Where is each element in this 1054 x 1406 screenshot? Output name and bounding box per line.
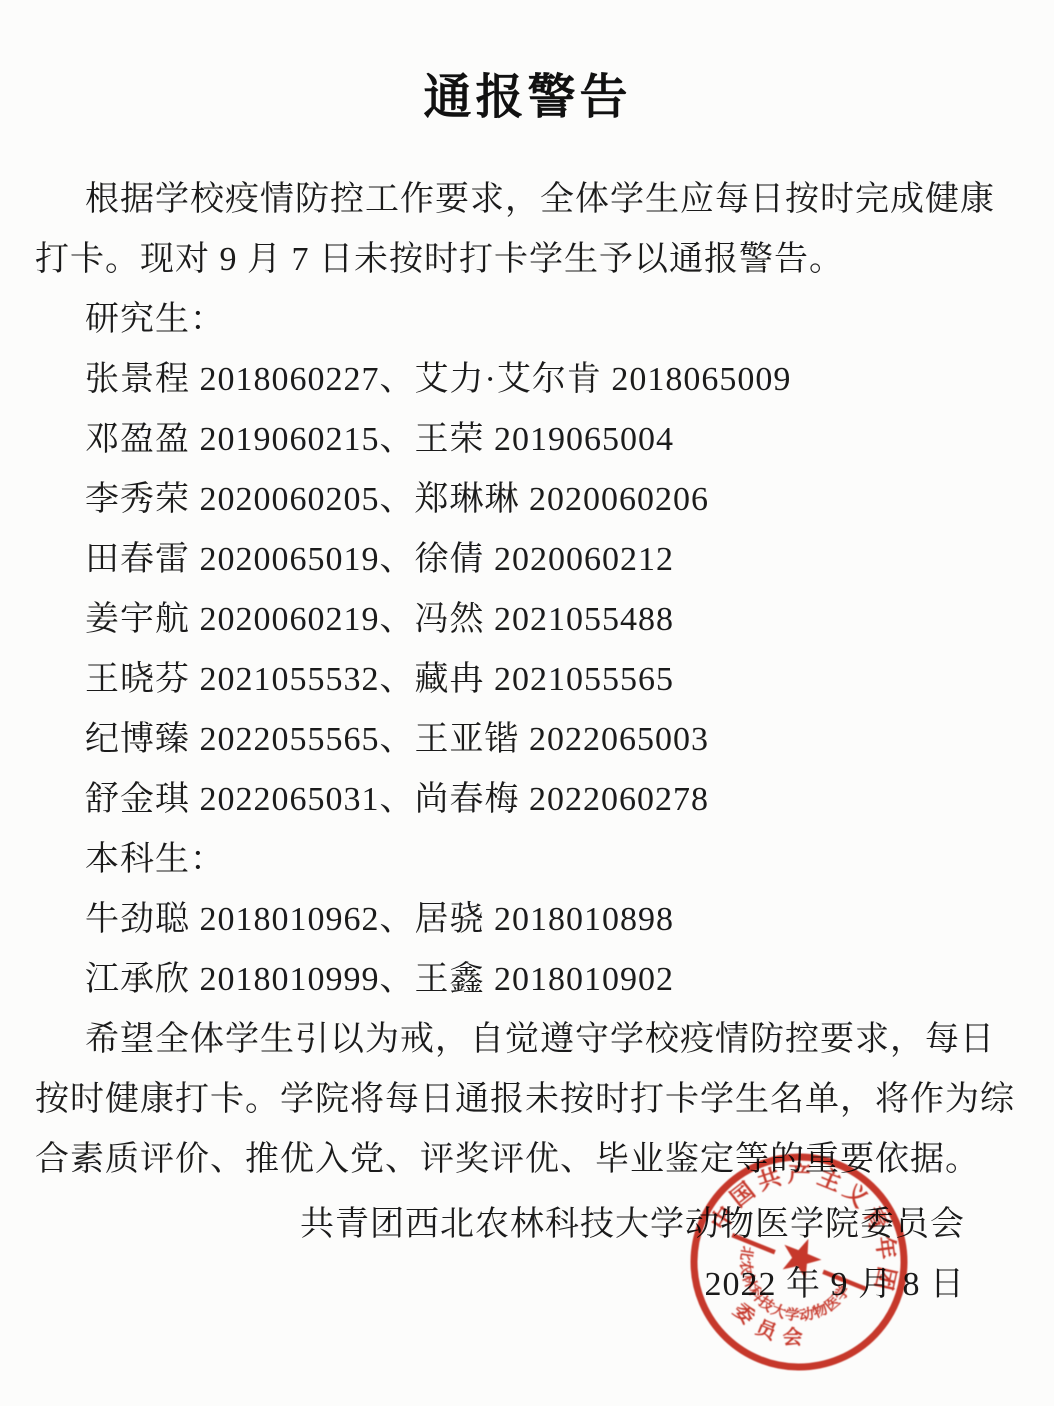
intro-line-1: 根据学校疫情防控工作要求，全体学生应每日按时完成健康: [35, 170, 1020, 230]
graduate-line: 邓盈盈 2019060215、王荣 2019065004: [35, 410, 1020, 470]
graduate-line: 姜宇航 2020060219、冯然 2021055488: [35, 590, 1020, 650]
undergraduate-label: 本科生：: [35, 830, 1020, 890]
notice-title: 通报警告: [35, 62, 1020, 134]
intro-line-2: 打卡。现对 9 月 7 日未按时打卡学生予以通报警告。: [35, 230, 1020, 290]
closing-line-2: 按时健康打卡。学院将每日通报未按时打卡学生名单，将作为综: [35, 1070, 1020, 1130]
official-stamp: 中国共产主义青年团 西北农林科技大学动物医学院 委员会: [687, 1150, 911, 1374]
graduate-line: 田春雷 2020065019、徐倩 2020060212: [35, 530, 1020, 590]
graduate-line: 张景程 2018060227、艾力·艾尔肯 2018065009: [35, 350, 1020, 410]
stamp-outer-arc-text: 中国共产主义青年团: [705, 1150, 911, 1301]
graduate-label: 研究生：: [35, 290, 1020, 350]
undergraduate-line: 牛劲聪 2018010962、居骁 2018010898: [35, 890, 1020, 950]
closing-line-1: 希望全体学生引以为戒，自觉遵守学校疫情防控要求，每日: [35, 1010, 1020, 1070]
scanned-notice-page: 通报警告 根据学校疫情防控工作要求，全体学生应每日按时完成健康 打卡。现对 9 …: [0, 0, 1054, 1406]
stamp-star-icon: [776, 1231, 827, 1281]
notice-document: 通报警告 根据学校疫情防控工作要求，全体学生应每日按时完成健康 打卡。现对 9 …: [35, 0, 1020, 1315]
graduate-line: 纪博臻 2022055565、王亚锴 2022065003: [35, 710, 1020, 770]
graduate-line: 舒金琪 2022065031、尚春梅 2022060278: [35, 770, 1020, 830]
graduate-line: 李秀荣 2020060205、郑琳琳 2020060206: [35, 470, 1020, 530]
undergraduate-line: 江承欣 2018010999、王鑫 2018010902: [35, 950, 1020, 1010]
graduate-line: 王晓芬 2021055532、藏冉 2021055565: [35, 650, 1020, 710]
